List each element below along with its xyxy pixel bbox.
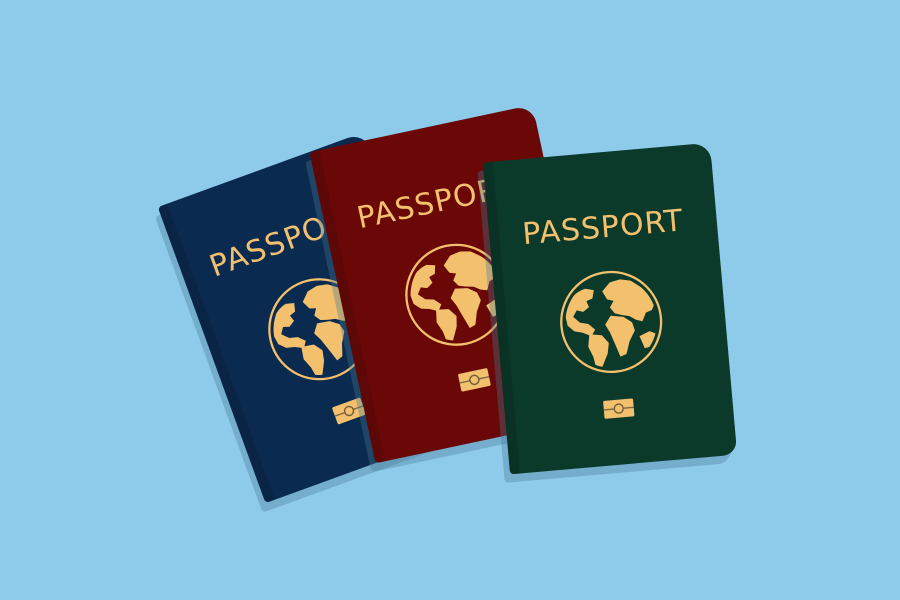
chip-icon [602,397,636,420]
globe-icon [555,266,668,379]
passport-green: PASSPORT [483,143,737,475]
passport-scene: PASSPORT PASSPORT PASSPORT [0,0,900,600]
chip-icon [457,367,492,393]
passport-title: PASSPORT [488,200,718,255]
